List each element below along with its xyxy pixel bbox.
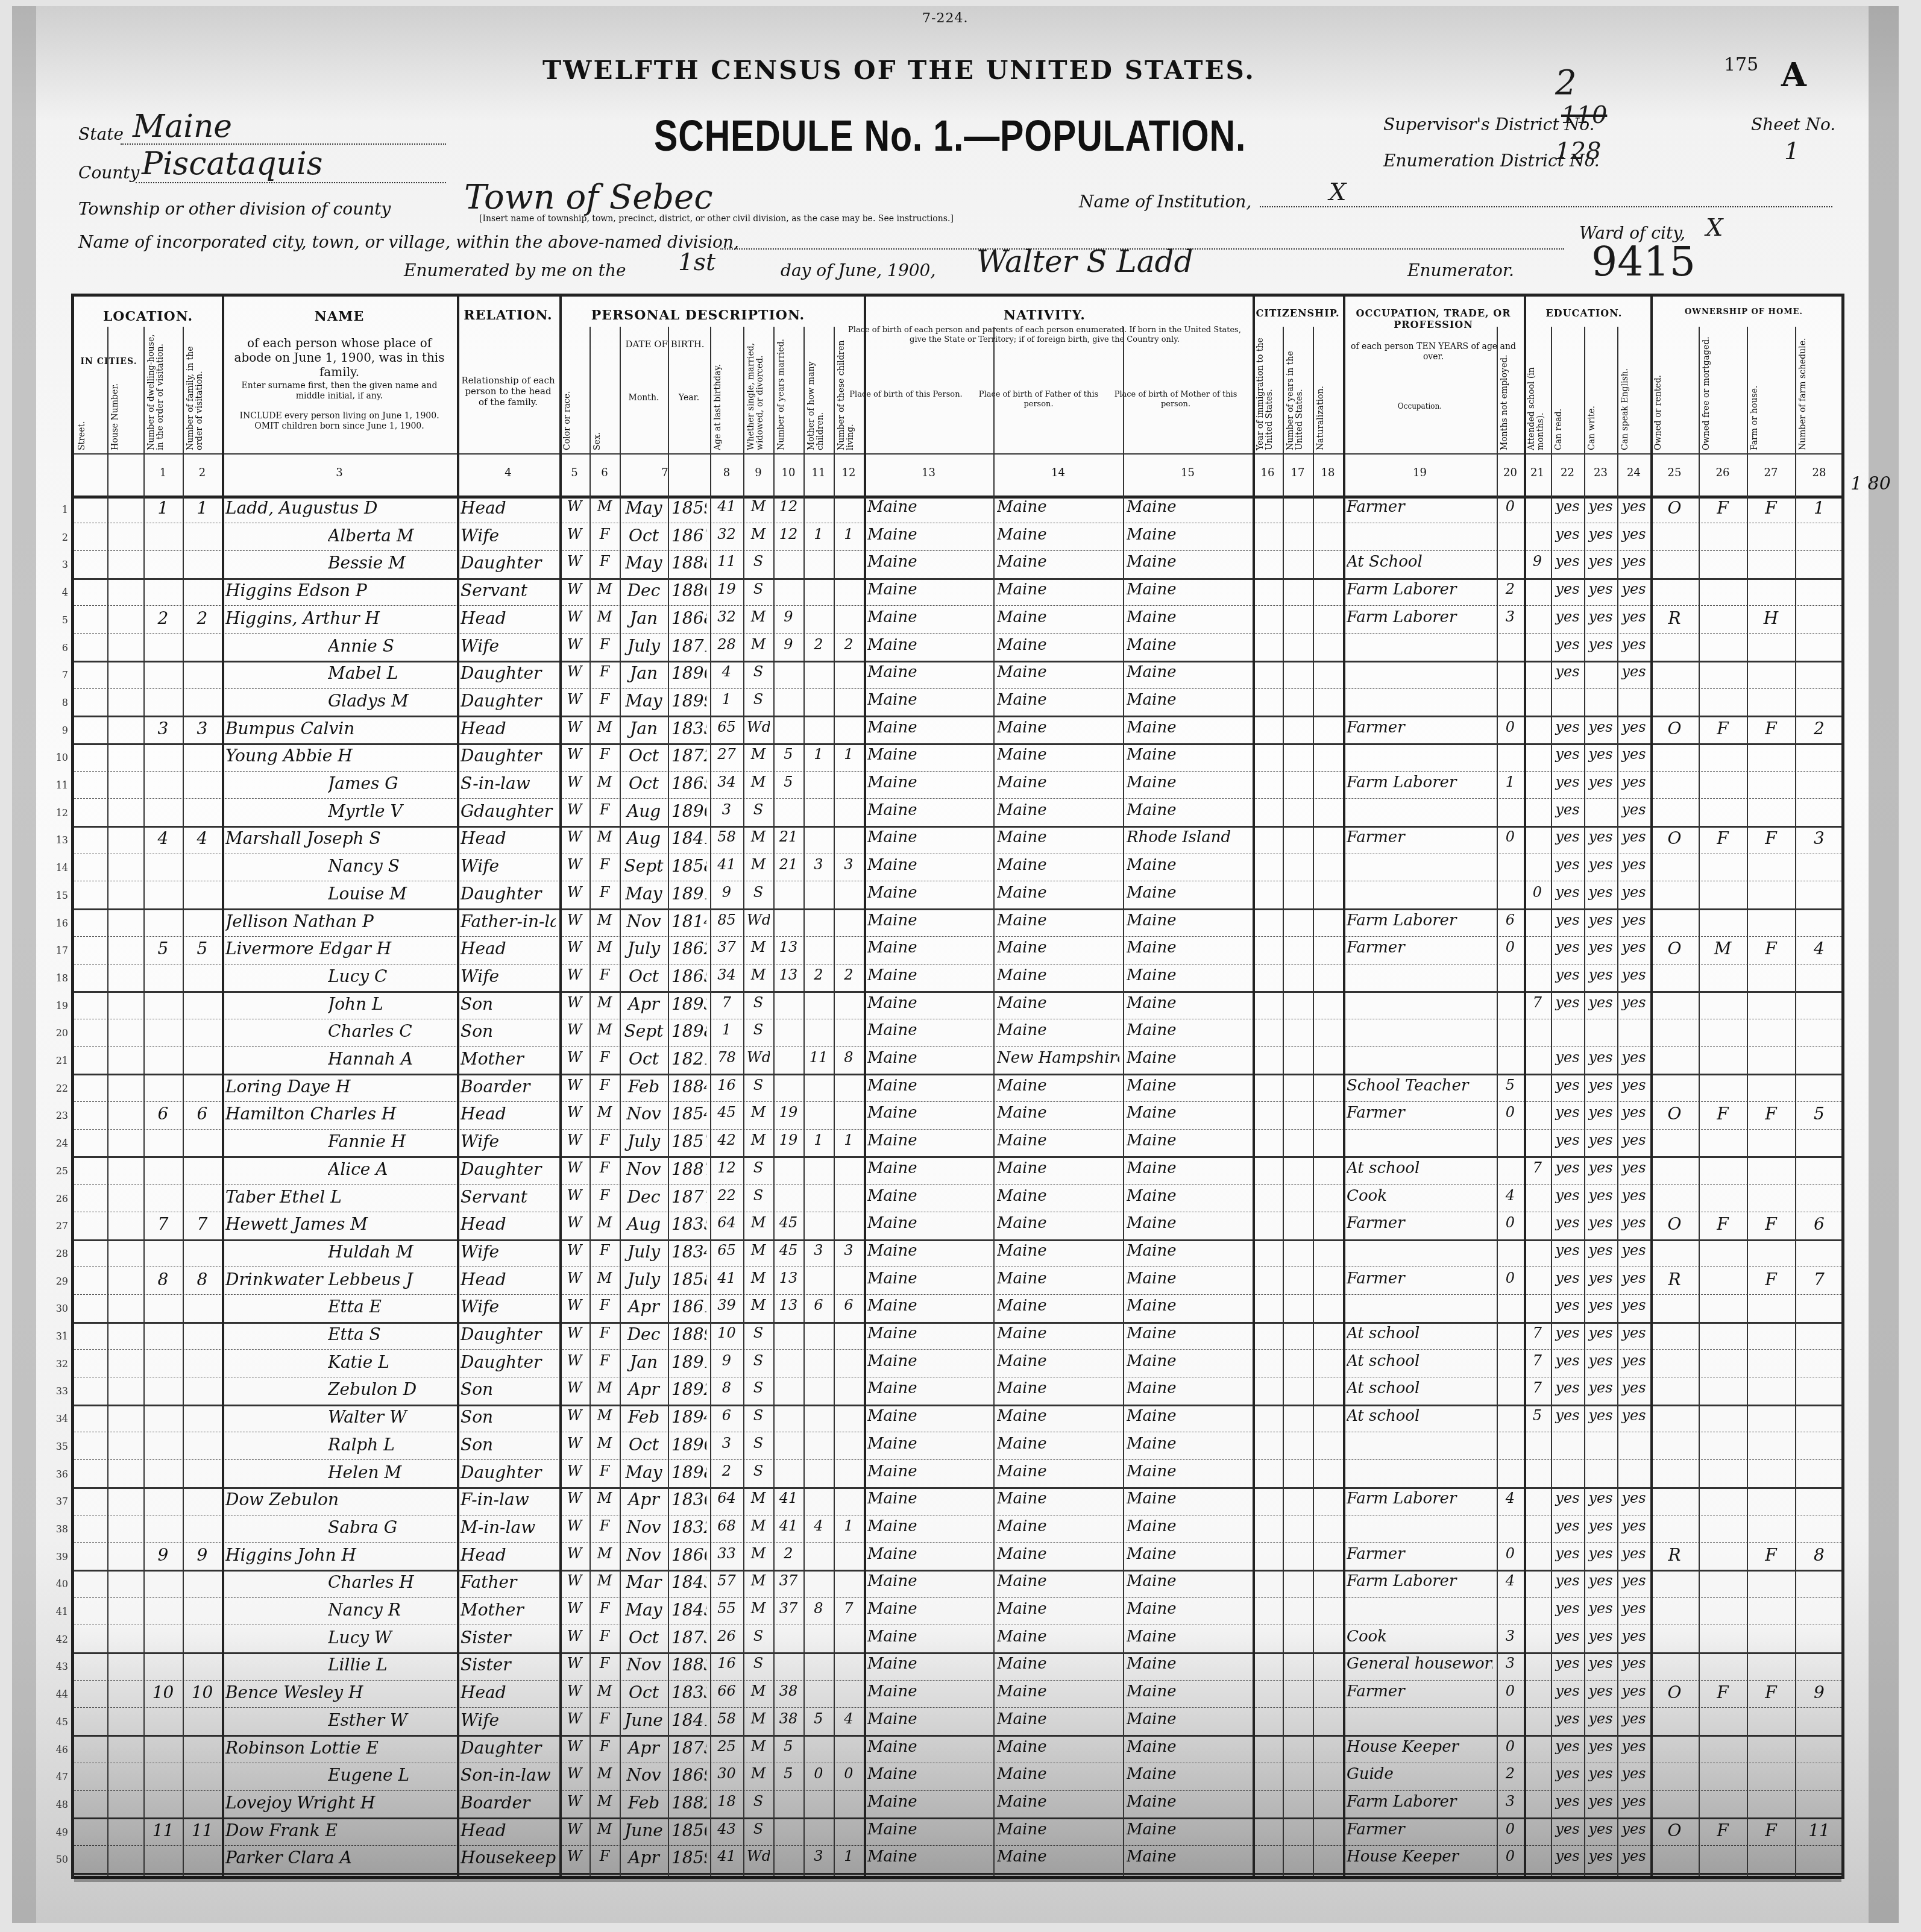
column-number: 5 xyxy=(559,467,590,479)
cell-occ: Farm Laborer xyxy=(1347,608,1493,626)
cell-age: 34 xyxy=(714,966,740,983)
cell-pobf: Maine xyxy=(997,608,1119,626)
cell-eng: yes xyxy=(1621,1682,1647,1699)
table-row: 30Etta EWifeWFApr186139M1366MaineMaineMa… xyxy=(74,1294,1841,1323)
table-row: 4Higgins Edson PServantWMDec188019SMaine… xyxy=(74,578,1841,606)
cell-pobm: Maine xyxy=(1127,1628,1249,1646)
cell-name: Huldah M xyxy=(328,1242,453,1262)
column-number: 28 xyxy=(1795,467,1843,479)
cell-color: W xyxy=(563,526,586,543)
cell-name: James G xyxy=(328,773,453,793)
cell-fam: 6 xyxy=(186,1104,218,1124)
cell-month: July xyxy=(623,1242,664,1262)
cell-pob: Maine xyxy=(867,773,990,791)
cell-pobf: Maine xyxy=(997,581,1119,599)
cell-color: W xyxy=(563,966,586,983)
cell-free: F xyxy=(1702,1104,1743,1124)
cell-sex: M xyxy=(593,911,616,928)
cell-sex: M xyxy=(593,1545,616,1562)
cell-mar: M xyxy=(747,1682,770,1699)
cell-pob: Maine xyxy=(867,1793,990,1811)
cell-month: Oct xyxy=(623,773,664,793)
cell-name: Esther W xyxy=(328,1710,453,1730)
cell-fam: 11 xyxy=(186,1820,218,1840)
cell-month: Nov xyxy=(623,1517,664,1537)
line-number: 6 xyxy=(44,642,68,653)
line-number: 22 xyxy=(44,1083,68,1094)
cell-ym: 9 xyxy=(777,608,800,625)
cell-pob: Maine xyxy=(867,1159,990,1177)
cell-eng: yes xyxy=(1621,1159,1647,1176)
cell-rel: Boarder xyxy=(461,1793,556,1813)
cell-year: 1880 xyxy=(671,581,706,600)
line-number: 23 xyxy=(44,1110,68,1121)
cell-age: 3 xyxy=(714,801,740,818)
cell-name: Walter W xyxy=(328,1407,453,1427)
cell-age: 41 xyxy=(714,1270,740,1286)
cell-sex: F xyxy=(593,1049,616,1066)
cell-name: Charles H xyxy=(328,1572,453,1592)
cell-rel: Mother xyxy=(461,1600,556,1620)
cell-pobf: Maine xyxy=(997,1077,1119,1095)
column-divider xyxy=(183,327,184,1876)
cell-rel: Daughter xyxy=(461,1324,556,1344)
cell-eng: yes xyxy=(1621,526,1647,543)
cell-sch: 0 xyxy=(1527,884,1547,901)
cell-read: yes xyxy=(1555,1131,1580,1148)
cell-eng: yes xyxy=(1621,1049,1647,1066)
line-number: 24 xyxy=(44,1137,68,1149)
cell-month: Nov xyxy=(623,1104,664,1124)
cell-read: yes xyxy=(1555,911,1580,928)
header-naturalization: Naturalization. xyxy=(1316,333,1341,450)
cell-year: 1858 xyxy=(671,856,706,876)
cell-pobm: Maine xyxy=(1127,1765,1249,1783)
group-nativity: NATIVITY. xyxy=(837,307,1253,323)
cell-occ: Farm Laborer xyxy=(1347,773,1493,791)
cell-rel: Son xyxy=(461,1407,556,1427)
cell-read: yes xyxy=(1555,1820,1580,1837)
cell-rel: Daughter xyxy=(461,691,556,711)
cell-ym: 19 xyxy=(777,1104,800,1121)
line-number: 14 xyxy=(44,862,68,873)
cell-ym: 19 xyxy=(777,1131,800,1148)
cell-pob: Maine xyxy=(867,553,990,571)
cell-year: 1898 xyxy=(671,1021,706,1041)
cell-pobm: Maine xyxy=(1127,1655,1249,1673)
column-number: 3 xyxy=(222,467,457,479)
cell-sex: M xyxy=(593,828,616,845)
cell-write: yes xyxy=(1588,608,1614,625)
cell-sex: M xyxy=(593,498,616,515)
cell-pob: Maine xyxy=(867,1214,990,1232)
cell-pob: Maine xyxy=(867,636,990,654)
cell-month: Apr xyxy=(623,1379,664,1399)
cell-color: W xyxy=(563,1600,586,1617)
cell-year: 1856 xyxy=(671,1820,706,1840)
cell-own: R xyxy=(1654,608,1695,628)
cell-month: Feb xyxy=(623,1793,664,1813)
header-farm-house: Farm or house. xyxy=(1750,333,1793,450)
table-row: 25Alice ADaughterWFNov188712SMaineMaineM… xyxy=(74,1157,1841,1185)
cell-pobf: Maine xyxy=(997,1270,1119,1288)
cell-farm: F xyxy=(1750,1682,1791,1702)
cell-eng: yes xyxy=(1621,1628,1647,1644)
cell-sex: M xyxy=(593,1270,616,1286)
cell-pobf: Maine xyxy=(997,1710,1119,1728)
cell-sch: 7 xyxy=(1527,1324,1547,1341)
cell-name: Alice A xyxy=(328,1159,453,1179)
margin-note: 1 80 xyxy=(1850,473,1891,494)
cell-name: Dow Frank E xyxy=(225,1820,453,1840)
table-row: 43Lillie LSisterWFNov188316SMaineMaineMa… xyxy=(74,1652,1841,1680)
cell-read: yes xyxy=(1555,1738,1580,1755)
cell-sex: F xyxy=(593,1187,616,1204)
cell-read: yes xyxy=(1555,773,1580,790)
cell-month: Dec xyxy=(623,1324,664,1344)
column-divider xyxy=(1551,327,1552,1876)
table-row: 3Bessie MDaughterWFMay188811SMaineMaineM… xyxy=(74,550,1841,579)
cell-write: yes xyxy=(1588,966,1614,983)
cell-month: Apr xyxy=(623,1297,664,1317)
cell-rel: Son-in-law xyxy=(461,1765,556,1785)
column-divider xyxy=(1123,327,1124,1876)
cell-name: Fannie H xyxy=(328,1131,453,1151)
cell-pob: Maine xyxy=(867,526,990,544)
cell-pobf: Maine xyxy=(997,1848,1119,1866)
cell-cl: 3 xyxy=(837,1242,860,1259)
table-row: 40Charles HFatherWMMar184357M37MaineMain… xyxy=(74,1570,1841,1597)
cell-mar: M xyxy=(747,828,770,845)
table-row: 38Sabra GM-in-lawWFNov183268M4141MaineMa… xyxy=(74,1515,1841,1543)
line-number: 31 xyxy=(44,1330,68,1342)
cell-name: Nancy R xyxy=(328,1600,453,1620)
column-divider xyxy=(590,327,591,1876)
cell-occ: Farmer xyxy=(1347,1214,1493,1232)
cell-pobm: Maine xyxy=(1127,663,1249,681)
cell-age: 41 xyxy=(714,856,740,873)
cell-occ: At School xyxy=(1347,553,1493,571)
incorporated-label: Name of incorporated city, town, or vill… xyxy=(78,232,739,252)
table-row: 34Walter WSonWMFeb18946SMaineMaineMaineA… xyxy=(74,1405,1841,1432)
cell-rel: Sister xyxy=(461,1628,556,1647)
cell-write: yes xyxy=(1588,498,1614,515)
cell-occ: Farmer xyxy=(1347,1682,1493,1701)
cell-fs: 8 xyxy=(1799,1545,1840,1565)
cell-month: May xyxy=(623,498,664,518)
cell-month: Aug xyxy=(623,828,664,848)
scan-edge-left xyxy=(12,6,36,1923)
cell-read: yes xyxy=(1555,1187,1580,1204)
cell-occ: Guide xyxy=(1347,1765,1493,1783)
cell-pobm: Maine xyxy=(1127,581,1249,599)
cell-read: yes xyxy=(1555,1600,1580,1617)
cell-sex: M xyxy=(593,773,616,790)
cell-pobf: Maine xyxy=(997,1600,1119,1618)
cell-pobf: Maine xyxy=(997,1104,1119,1122)
cell-color: W xyxy=(563,498,586,515)
cell-occ: Farm Laborer xyxy=(1347,1572,1493,1590)
cell-month: Apr xyxy=(623,1848,664,1867)
cell-pob: Maine xyxy=(867,884,990,902)
line-number: 4 xyxy=(44,587,68,598)
cell-occ: Farmer xyxy=(1347,1104,1493,1122)
header-color: Color or race. xyxy=(563,333,587,450)
cell-farm: F xyxy=(1750,719,1791,738)
table-row: 522Higgins, Arthur HHeadWMJan186832M9Mai… xyxy=(74,606,1841,634)
cell-eng: yes xyxy=(1621,939,1647,955)
cell-free: F xyxy=(1702,828,1743,848)
cell-farm: F xyxy=(1750,1545,1791,1565)
cell-rel: Wife xyxy=(461,526,556,546)
cell-pobf: Maine xyxy=(997,1324,1119,1342)
cell-occ: Cook xyxy=(1347,1628,1493,1646)
county-line xyxy=(136,182,446,183)
column-number: 12 xyxy=(834,467,864,479)
cell-mar: M xyxy=(747,1600,770,1617)
cell-name: Hamilton Charles H xyxy=(225,1104,453,1124)
cell-color: W xyxy=(563,911,586,928)
cell-rel: Wife xyxy=(461,966,556,986)
cell-sex: F xyxy=(593,691,616,708)
line-number: 50 xyxy=(44,1854,68,1865)
county-label: County xyxy=(78,163,139,183)
cell-eng: yes xyxy=(1621,911,1647,928)
cell-pob: Maine xyxy=(867,1270,990,1288)
cell-year: 1858 xyxy=(671,1270,706,1289)
cell-read: yes xyxy=(1555,1545,1580,1562)
cell-mne: 0 xyxy=(1500,1738,1520,1755)
cell-name: Bessie M xyxy=(328,553,453,573)
township-value: Town of Sebec xyxy=(464,178,713,217)
cell-age: 42 xyxy=(714,1131,740,1148)
cell-pob: Maine xyxy=(867,856,990,874)
cell-color: W xyxy=(563,1793,586,1810)
line-number: 2 xyxy=(44,532,68,543)
cell-pob: Maine xyxy=(867,1820,990,1839)
header-years-us: Number of years in the United States. xyxy=(1286,333,1310,450)
cell-eng: yes xyxy=(1621,1738,1647,1755)
cell-mo: 1 xyxy=(807,746,830,763)
cell-mar: S xyxy=(747,1077,770,1093)
cell-cl: 7 xyxy=(837,1600,860,1617)
cell-mar: S xyxy=(747,1159,770,1176)
line-number: 15 xyxy=(44,890,68,901)
cell-age: 78 xyxy=(714,1049,740,1066)
cell-month: Oct xyxy=(623,1682,664,1702)
cell-mar: M xyxy=(747,1572,770,1589)
column-number: 18 xyxy=(1313,467,1343,479)
cell-color: W xyxy=(563,828,586,845)
cell-rel: Servant xyxy=(461,581,556,600)
cell-pob: Maine xyxy=(867,1517,990,1535)
cell-year: 1871 xyxy=(671,636,706,656)
cell-pobf: Maine xyxy=(997,719,1119,737)
line-number: 26 xyxy=(44,1193,68,1204)
cell-month: Oct xyxy=(623,1435,664,1455)
line-number: 38 xyxy=(44,1523,68,1535)
column-divider xyxy=(1699,327,1700,1876)
column-number: 20 xyxy=(1497,467,1524,479)
cell-pobf: Maine xyxy=(997,498,1119,516)
cell-pobm: Maine xyxy=(1127,1545,1249,1563)
table-row: 22Loring Daye HBoarderWFFeb188416SMaineM… xyxy=(74,1074,1841,1102)
cell-mne: 4 xyxy=(1500,1572,1520,1589)
cell-mar: M xyxy=(747,1131,770,1148)
cell-read: yes xyxy=(1555,1104,1580,1121)
cell-mar: Wd xyxy=(747,1848,770,1864)
cell-read: yes xyxy=(1555,1490,1580,1506)
cell-rel: Father xyxy=(461,1572,556,1592)
cell-pob: Maine xyxy=(867,1104,990,1122)
cell-ym: 2 xyxy=(777,1545,800,1562)
enumerator-name: Walter S Ladd xyxy=(976,244,1193,279)
column-number: 25 xyxy=(1650,467,1699,479)
cell-year: 1896 xyxy=(671,1435,706,1455)
group-ownership: OWNERSHIP OF HOME. xyxy=(1644,307,1843,316)
cell-year: 1834 xyxy=(671,1242,706,1262)
cell-pobf: Maine xyxy=(997,939,1119,957)
cell-mar: S xyxy=(747,1655,770,1672)
cell-pobm: Maine xyxy=(1127,1682,1249,1701)
column-divider xyxy=(1497,327,1498,1876)
cell-name: Young Abbie H xyxy=(225,746,453,766)
cell-color: W xyxy=(563,884,586,901)
name-instr2: INCLUDE every person living on June 1, 1… xyxy=(234,411,445,432)
cell-pobm: Rhode Island xyxy=(1127,828,1249,846)
cell-month: Apr xyxy=(623,1490,664,1509)
cell-mar: M xyxy=(747,636,770,653)
cell-mne: 0 xyxy=(1500,1104,1520,1121)
cell-month: Jan xyxy=(623,608,664,628)
cell-read: yes xyxy=(1555,1352,1580,1369)
cell-rel: Wife xyxy=(461,856,556,876)
cell-month: Nov xyxy=(623,1655,664,1675)
cell-dw: 9 xyxy=(147,1545,179,1565)
line-number: 9 xyxy=(44,725,68,736)
cell-rel: Wife xyxy=(461,1242,556,1262)
cell-sch: 7 xyxy=(1527,1379,1547,1396)
cell-age: 34 xyxy=(714,773,740,790)
cell-age: 11 xyxy=(714,553,740,570)
cell-age: 3 xyxy=(714,1435,740,1452)
cell-year: 1832 xyxy=(671,1517,706,1537)
cell-own: O xyxy=(1654,828,1695,848)
cell-color: W xyxy=(563,719,586,735)
cell-pobf: Maine xyxy=(997,1628,1119,1646)
cell-sex: M xyxy=(593,1214,616,1231)
cell-fam: 2 xyxy=(186,608,218,628)
column-divider xyxy=(107,327,108,1876)
cell-sex: F xyxy=(593,1462,616,1479)
cell-name: Lillie L xyxy=(328,1655,453,1675)
cell-sex: M xyxy=(593,608,616,625)
cell-name: Katie L xyxy=(328,1352,453,1372)
line-number: 35 xyxy=(44,1441,68,1452)
cell-sex: M xyxy=(593,1379,616,1396)
cell-sex: M xyxy=(593,939,616,955)
cell-farm: F xyxy=(1750,498,1791,518)
cell-pobf: Maine xyxy=(997,1159,1119,1177)
cell-mar: M xyxy=(747,1270,770,1286)
column-number: 22 xyxy=(1551,467,1584,479)
nativity-desc: Place of birth of each person and parent… xyxy=(843,326,1247,344)
cell-occ: At school xyxy=(1347,1324,1493,1342)
cell-year: 1845 xyxy=(671,1600,706,1620)
cell-occ: Farmer xyxy=(1347,1545,1493,1563)
cell-sex: F xyxy=(593,1324,616,1341)
cell-ym: 5 xyxy=(777,1765,800,1782)
cell-mne: 2 xyxy=(1500,581,1520,597)
cell-mar: M xyxy=(747,1104,770,1121)
cell-month: Dec xyxy=(623,1187,664,1207)
cell-write: yes xyxy=(1588,1407,1614,1424)
cell-read: yes xyxy=(1555,1765,1580,1782)
cell-pobm: Maine xyxy=(1127,1021,1249,1039)
cell-free: M xyxy=(1702,939,1743,958)
cell-eng: yes xyxy=(1621,553,1647,570)
cell-rel: Housekeeper xyxy=(461,1848,556,1867)
cell-name: Ladd, Augustus D xyxy=(225,498,453,518)
cell-fs: 9 xyxy=(1799,1682,1840,1702)
line-number: 12 xyxy=(44,807,68,819)
line-number: 41 xyxy=(44,1606,68,1617)
cell-pobf: Maine xyxy=(997,856,1119,874)
cell-mne: 0 xyxy=(1500,1682,1520,1699)
column-number: 19 xyxy=(1343,467,1497,479)
cell-age: 26 xyxy=(714,1628,740,1644)
cell-free: F xyxy=(1702,1214,1743,1234)
cell-pobm: Maine xyxy=(1127,553,1249,571)
cell-write: yes xyxy=(1588,581,1614,597)
cell-pob: Maine xyxy=(867,1049,990,1067)
cell-pobm: Maine xyxy=(1127,1793,1249,1811)
stamp-number: 175 xyxy=(1724,54,1758,75)
column-divider xyxy=(834,327,835,1876)
column-divider xyxy=(773,327,775,1876)
cell-pobm: Maine xyxy=(1127,856,1249,874)
cell-name: Charles C xyxy=(328,1021,453,1041)
cell-age: 25 xyxy=(714,1738,740,1755)
cell-age: 30 xyxy=(714,1765,740,1782)
cell-cl: 1 xyxy=(837,1131,860,1148)
cell-month: Jan xyxy=(623,719,664,738)
cell-ym: 38 xyxy=(777,1710,800,1727)
cell-mar: S xyxy=(747,1379,770,1396)
cell-age: 18 xyxy=(714,1793,740,1810)
cell-color: W xyxy=(563,1572,586,1589)
cell-write: yes xyxy=(1588,1848,1614,1864)
cell-age: 39 xyxy=(714,1297,740,1314)
cell-eng: yes xyxy=(1621,1407,1647,1424)
cell-cl: 1 xyxy=(837,1848,860,1864)
cell-pobf: Maine xyxy=(997,1021,1119,1039)
cell-mar: S xyxy=(747,1793,770,1810)
cell-occ: Farm Laborer xyxy=(1347,911,1493,930)
cell-mar: M xyxy=(747,939,770,955)
cell-fs: 4 xyxy=(1799,939,1840,958)
cell-year: 1892 xyxy=(671,1379,706,1399)
cell-age: 12 xyxy=(714,1159,740,1176)
cell-pobm: Maine xyxy=(1127,691,1249,709)
cell-mne: 5 xyxy=(1500,1077,1520,1093)
cell-month: Oct xyxy=(623,526,664,546)
cell-month: June xyxy=(623,1710,664,1730)
cell-sex: F xyxy=(593,1710,616,1727)
cell-mar: S xyxy=(747,1021,770,1038)
cell-farm: F xyxy=(1750,828,1791,848)
table-row: 441010Bence Wesley HHeadWMOct183366M38Ma… xyxy=(74,1680,1841,1708)
